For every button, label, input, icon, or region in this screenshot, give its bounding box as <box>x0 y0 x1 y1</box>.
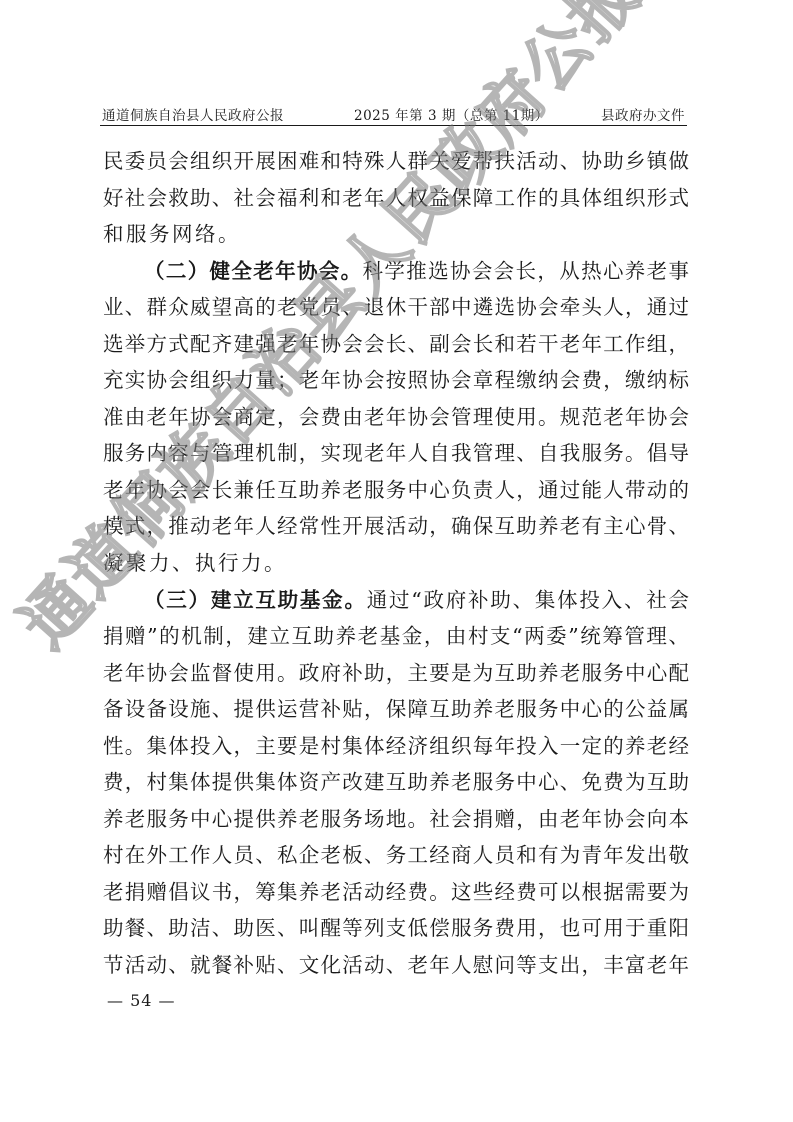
text-line: 充实协会组织力量；老年协会按照协会章程缴纳会费，缴纳标 <box>103 362 689 399</box>
text-line: 业、群众威望高的老党员、退休干部中遴选协会牵头人，通过 <box>103 289 689 326</box>
section-3-heading: （三）建立互助基金。 <box>144 588 367 612</box>
text-line: 老年协会监督使用。政府补助，主要是为互助养老服务中心配 <box>103 655 689 692</box>
text-line: 选举方式配齐建强老年协会会长、副会长和若干老年工作组， <box>103 326 689 363</box>
text-line: （二）健全老年协会。科学推选协会会长，从热心养老事 <box>103 253 689 290</box>
section-label: 县政府办文件 <box>601 104 685 124</box>
text-line: 捐赠”的机制，建立互助养老基金，由村支“两委”统筹管理、 <box>103 618 689 655</box>
text-line: 助餐、助洁、助医、叫醒等列支低偿服务费用，也可用于重阳 <box>103 910 689 947</box>
section-3-first-line: 通过“政府补助、集体投入、社会 <box>367 588 689 612</box>
text-line: 费，村集体提供集体资产改建互助养老服务中心、免费为互助 <box>103 764 689 801</box>
section-3-paragraph: （三）建立互助基金。通过“政府补助、集体投入、社会 捐赠”的机制，建立互助养老基… <box>103 582 689 984</box>
text-line: 节活动、就餐补贴、文化活动、老年人慰问等支出，丰富老年 <box>103 947 689 984</box>
text-line: 凝聚力、执行力。 <box>103 545 689 582</box>
text-line: 服务内容与管理机制，实现老年人自我管理、自我服务。倡导 <box>103 435 689 472</box>
text-line: 准由老年协会商定，会费由老年协会管理使用。规范老年协会 <box>103 399 689 436</box>
text-line: 村在外工作人员、私企老板、务工经商人员和有为青年发出敬 <box>103 837 689 874</box>
text-line: 备设备设施、提供运营补贴，保障互助养老服务中心的公益属 <box>103 691 689 728</box>
text-line: 养老服务中心提供养老服务场地。社会捐赠，由老年协会向本 <box>103 801 689 838</box>
section-2-heading: （二）健全老年协会。 <box>144 259 363 283</box>
text-line: 民委员会组织开展困难和特殊人群关爱帮扶活动、协助乡镇做 <box>103 143 689 180</box>
publication-title: 通道侗族自治县人民政府公报 <box>102 104 284 124</box>
document-body: 民委员会组织开展困难和特殊人群关爱帮扶活动、协助乡镇做 好社会救助、社会福利和老… <box>103 143 689 984</box>
paragraph-1: 民委员会组织开展困难和特殊人群关爱帮扶活动、协助乡镇做 好社会救助、社会福利和老… <box>103 143 689 253</box>
text-line: 好社会救助、社会福利和老年人权益保障工作的具体组织形式 <box>103 180 689 217</box>
running-header: 通道侗族自治县人民政府公报 2025 年第 3 期（总第 11期） 县政府办文件 <box>100 104 687 124</box>
text-line: 模式，推动老年人经常性开展活动，确保互助养老有主心骨、 <box>103 508 689 545</box>
text-line: 老捐赠倡议书，筹集养老活动经费。这些经费可以根据需要为 <box>103 874 689 911</box>
issue-number: 2025 年第 3 期（总第 11期） <box>354 104 549 124</box>
text-line: 和服务网络。 <box>103 216 689 253</box>
section-2-first-line: 科学推选协会会长，从热心养老事 <box>363 259 689 283</box>
text-line: 性。集体投入，主要是村集体经济组织每年投入一定的养老经 <box>103 728 689 765</box>
page-number: — 54 — <box>107 991 176 1010</box>
text-line: 老年协会会长兼任互助养老服务中心负责人，通过能人带动的 <box>103 472 689 509</box>
header-divider <box>100 125 687 126</box>
section-2-paragraph: （二）健全老年协会。科学推选协会会长，从热心养老事 业、群众威望高的老党员、退休… <box>103 253 689 582</box>
text-line: （三）建立互助基金。通过“政府补助、集体投入、社会 <box>103 582 689 619</box>
